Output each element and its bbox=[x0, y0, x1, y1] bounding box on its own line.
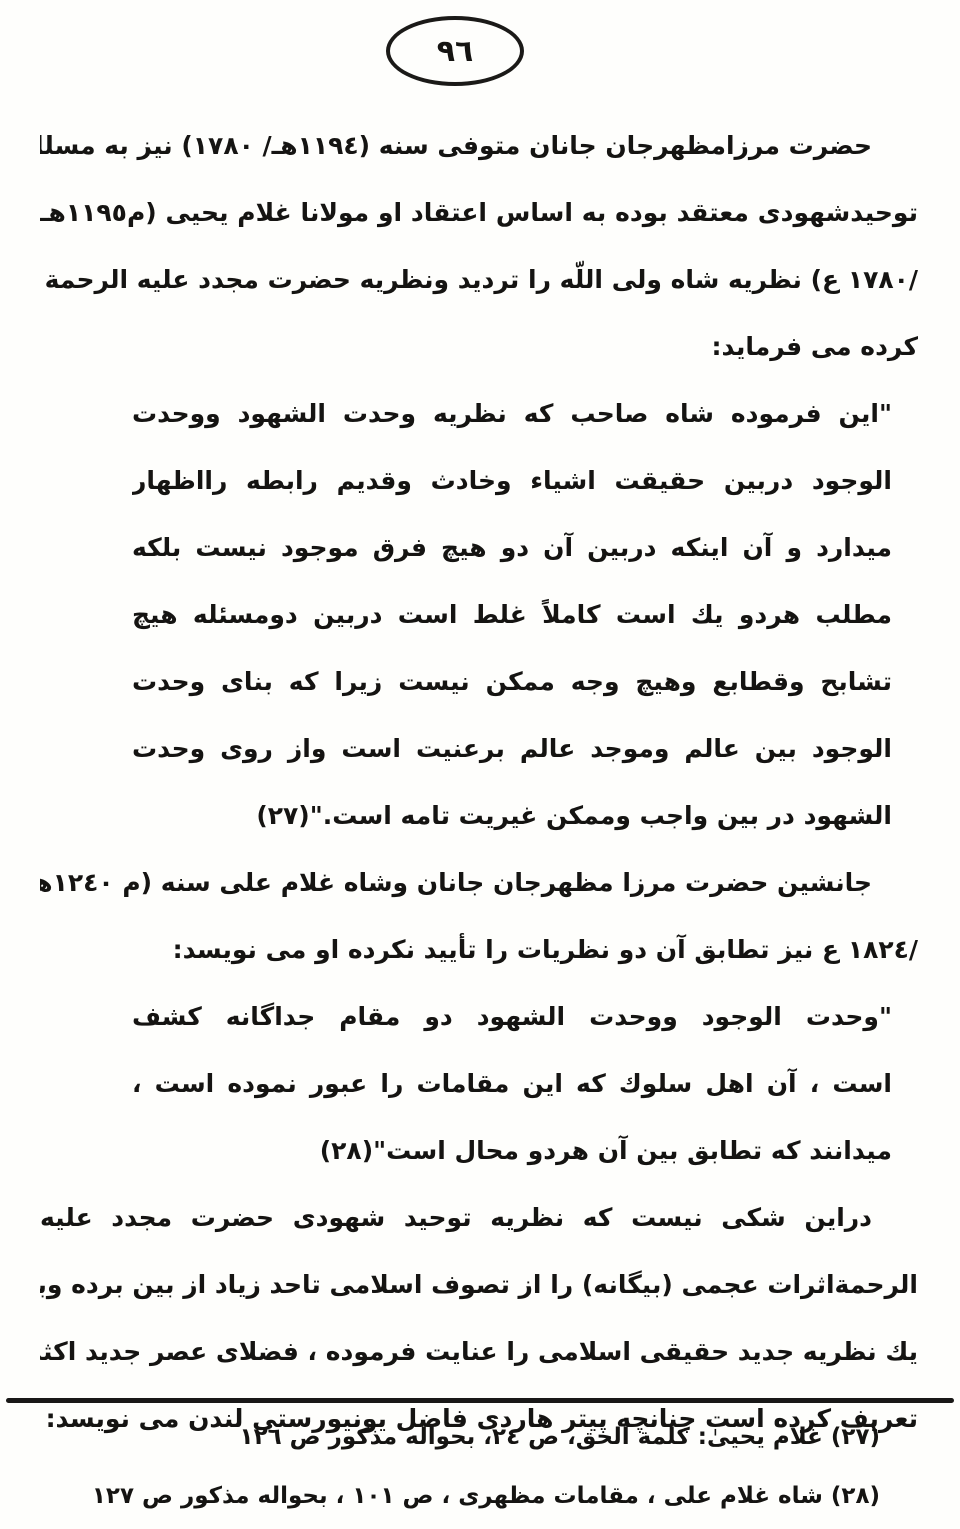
text-line: يك نظريه جديد حقيقى اسلامى را عنايت فرمو… bbox=[40, 1318, 918, 1385]
text-line: الوجود دربين حقيقت اشياء وخادث وقديم راب… bbox=[132, 447, 892, 514]
text-line: جانشين حضرت مرزا مظهرجان جانان وشاه غلام… bbox=[40, 849, 918, 916]
text-line: دراين شكى نيست كه نظريه توحيد شهودى حضرت… bbox=[40, 1184, 918, 1251]
footnote-28: (٢٨) شاه غلام على ، مقامات مظهرى ، ص ١٠١… bbox=[60, 1467, 880, 1526]
page-number-badge: ٩٦ bbox=[386, 16, 524, 86]
page-number: ٩٦ bbox=[437, 34, 474, 69]
book-page: ٩٦ حضرت مرزامظهرجان جانان متوفى سنه (١١٩… bbox=[0, 0, 960, 1529]
text-line: ميدارد و آن اينكه دربين آن دو هيچ فرق مو… bbox=[132, 514, 892, 581]
text-line: مطلب هردو يك است كاملاً غلط است دربين دو… bbox=[132, 581, 892, 648]
text-line: است ، آن اهل سلوك كه اين مقامات را عبور … bbox=[132, 1050, 892, 1117]
text-line: الوجود بين عالم وموجد عالم برعنيت است وا… bbox=[132, 715, 892, 782]
text-line: تشابح وقطابع وهيچ وجه ممكن نيست زيرا كه … bbox=[132, 648, 892, 715]
text-line: الرحمةاثرات عجمى (بيگانه) را از تصوف اسل… bbox=[40, 1251, 918, 1318]
quotation-1: "اين فرموده شاه صاحب كه نظريه وحدت الشهو… bbox=[132, 380, 892, 849]
text-line: "اين فرموده شاه صاحب كه نظريه وحدت الشهو… bbox=[132, 380, 892, 447]
body-text: حضرت مرزامظهرجان جانان متوفى سنه (١١٩٤هـ… bbox=[40, 112, 918, 1452]
paragraph-1: حضرت مرزامظهرجان جانان متوفى سنه (١١٩٤هـ… bbox=[40, 112, 918, 380]
footnotes: (٢٧) غلام يحيىٰ: كلمة الحق، ص ٢٤، بحواله… bbox=[60, 1408, 880, 1526]
text-line: حضرت مرزامظهرجان جانان متوفى سنه (١١٩٤هـ… bbox=[40, 112, 918, 179]
footnote-27: (٢٧) غلام يحيىٰ: كلمة الحق، ص ٢٤، بحواله… bbox=[60, 1408, 880, 1467]
text-line: /١٨٢٤ ع نيز تطابق آن دو نظريات را تأييد … bbox=[40, 916, 918, 983]
text-line: توحيدشهودى معتقد بوده به اساس اعتقاد او … bbox=[40, 179, 918, 246]
text-line: ميدانند كه تطابق بين آن هردو محال است"(٢… bbox=[132, 1117, 892, 1184]
paragraph-2: جانشين حضرت مرزا مظهرجان جانان وشاه غلام… bbox=[40, 849, 918, 983]
text-line: "وحدت الوجود ووحدت الشهود دو مقام جداگان… bbox=[132, 983, 892, 1050]
text-line: كرده مى فرمايد: bbox=[40, 313, 918, 380]
footnote-separator bbox=[6, 1398, 954, 1403]
quotation-2: "وحدت الوجود ووحدت الشهود دو مقام جداگان… bbox=[132, 983, 892, 1184]
text-line: الشهود در بين واجب وممكن غيريت تامه است.… bbox=[132, 782, 892, 849]
text-line: /١٧٨٠ ع) نظريه شاه ولى اللّه را ترديد ون… bbox=[40, 246, 918, 313]
